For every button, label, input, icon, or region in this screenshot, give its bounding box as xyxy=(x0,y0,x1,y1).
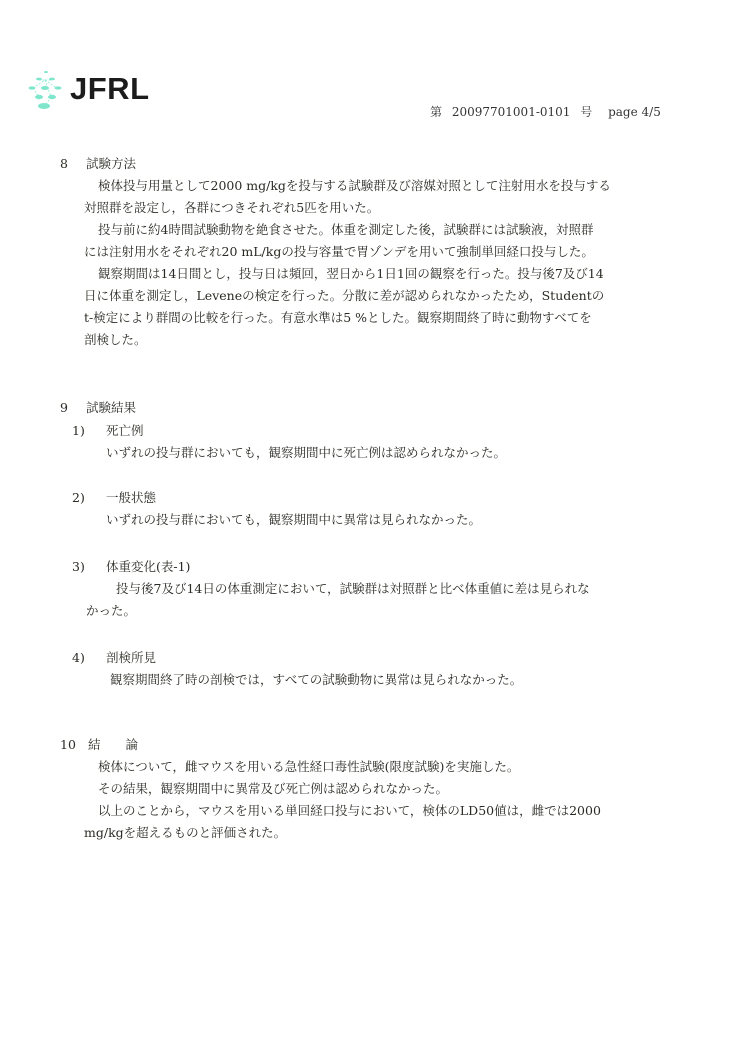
result-item-heading: 2) 一般状態 xyxy=(72,487,481,509)
result-item-general-condition: 2) 一般状態 いずれの投与群においても，観察期間中に異常は見られなかった。 xyxy=(72,487,481,531)
item-text: いずれの投与群においても，観察期間中に異常は見られなかった。 xyxy=(72,509,481,531)
paragraph-line: 検体について，雌マウスを用いる急性経口毒性試験(限度試験)を実施した。 xyxy=(60,756,601,778)
paragraph-line: 以上のことから，マウスを用いる単回経口投与において，検体のLD50値は，雌では2… xyxy=(60,800,601,822)
result-item-deaths: 1) 死亡例 いずれの投与群においても，観察期間中に死亡例は認められなかった。 xyxy=(72,420,506,464)
item-number: 4) xyxy=(72,647,106,669)
paragraph-line: 日に体重を測定し，Leveneの検定を行った。分散に差が認められなかったため，S… xyxy=(60,285,611,307)
paragraph-line: 対照群を設定し，各群につきそれぞれ5匹を用いた。 xyxy=(60,197,611,219)
item-text: かった。 xyxy=(72,600,590,622)
item-text: 投与後7及び14日の体重測定において，試験群は対照群と比べ体重値に差は見られな xyxy=(72,578,590,600)
section-test-method: 8 試験方法 検体投与用量として2000 mg/kgを投与する試験群及び溶媒対照… xyxy=(60,153,611,351)
doc-number: 20097701001-0101 xyxy=(452,105,571,119)
result-item-heading: 1) 死亡例 xyxy=(72,420,506,442)
section-number: 8 xyxy=(60,153,86,175)
section-heading: 9 試験結果 xyxy=(60,397,136,419)
section-heading: 8 試験方法 xyxy=(60,153,611,175)
section-title: 結 論 xyxy=(88,734,138,756)
doc-suffix: 号 xyxy=(580,105,592,119)
jfrl-logo: JFRL xyxy=(26,66,150,110)
doc-prefix: 第 xyxy=(430,105,442,119)
item-title: 死亡例 xyxy=(106,420,144,442)
paragraph-line: 観察期間は14日間とし，投与日は頻回，翌日から1日1回の観察を行った。投与後7及… xyxy=(60,263,611,285)
section-title: 試験結果 xyxy=(86,397,136,419)
item-title: 一般状態 xyxy=(106,487,156,509)
paragraph-line: mg/kgを超えるものと評価された。 xyxy=(60,822,601,844)
paragraph-line: 投与前に約4時間試験動物を絶食させた。体重を測定した後，試験群には試験液，対照群 xyxy=(60,219,611,241)
paragraph-line: 剖検した。 xyxy=(60,329,611,351)
section-title: 試験方法 xyxy=(86,153,136,175)
result-item-body-weight: 3) 体重変化(表-1) 投与後7及び14日の体重測定において，試験群は対照群と… xyxy=(72,556,590,622)
document-number: 第 20097701001-0101 号 page 4/5 xyxy=(430,103,667,120)
section-number: 10 xyxy=(60,734,88,756)
paragraph-line: その結果，観察期間中に異常及び死亡例は認められなかった。 xyxy=(60,778,601,800)
item-number: 2) xyxy=(72,487,106,509)
section-conclusion: 10 結 論 検体について，雌マウスを用いる急性経口毒性試験(限度試験)を実施し… xyxy=(60,734,601,844)
item-text: 観察期間終了時の剖検では，すべての試験動物に異常は見られなかった。 xyxy=(72,669,522,691)
paragraph-line: 検体投与用量として2000 mg/kgを投与する試験群及び溶媒対照として注射用水… xyxy=(60,175,611,197)
paragraph-line: には注射用水をそれぞれ20 mL/kgの投与容量で胃ゾンデを用いて強制単回経口投… xyxy=(60,241,611,263)
molecule-network-icon xyxy=(26,66,66,110)
item-title: 体重変化(表-1) xyxy=(106,556,190,578)
item-number: 3) xyxy=(72,556,106,578)
result-item-heading: 3) 体重変化(表-1) xyxy=(72,556,590,578)
item-number: 1) xyxy=(72,420,106,442)
paragraph-line: t-検定により群間の比較を行った。有意水準は5 %とした。観察期間終了時に動物す… xyxy=(60,307,611,329)
result-item-necropsy: 4) 剖検所見 観察期間終了時の剖検では，すべての試験動物に異常は見られなかった… xyxy=(72,647,522,691)
result-item-heading: 4) 剖検所見 xyxy=(72,647,522,669)
section-heading: 10 結 論 xyxy=(60,734,601,756)
section-test-results: 9 試験結果 xyxy=(60,397,136,419)
page-indicator: page 4/5 xyxy=(608,105,661,119)
logo-text: JFRL xyxy=(70,73,150,104)
section-number: 9 xyxy=(60,397,86,419)
item-title: 剖検所見 xyxy=(106,647,156,669)
item-text: いずれの投与群においても，観察期間中に死亡例は認められなかった。 xyxy=(72,442,506,464)
